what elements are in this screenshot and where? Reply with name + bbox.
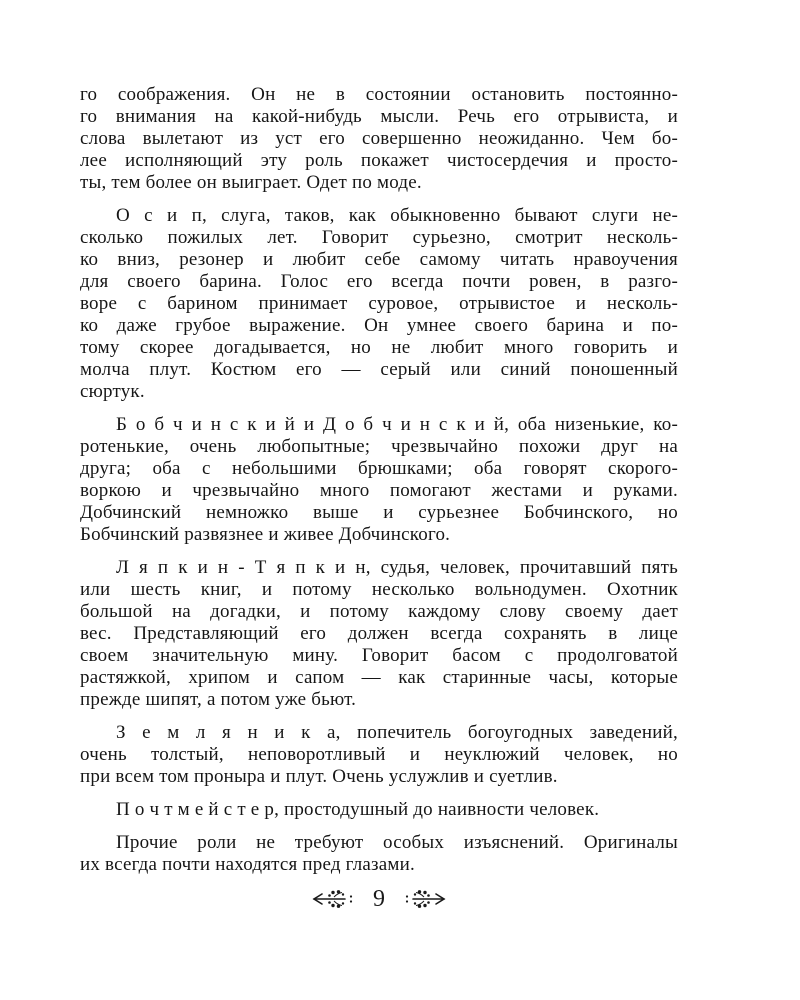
text-line: Бобчинский развязнее и живее Добчинского… [80, 524, 678, 546]
text-line: лее исполняющий эту роль покажет чистосе… [80, 150, 678, 172]
floral-arrow-right-icon [403, 888, 449, 910]
floral-arrow-left-icon [309, 888, 355, 910]
text-line: при всем том проныра и плут. Очень услуж… [80, 766, 678, 788]
text-line: их всегда почти находятся пред глазами. [80, 854, 678, 876]
text-line: Прочие роли не требуют особых изъяснений… [80, 832, 678, 854]
page-number: 9 [373, 884, 385, 914]
text-line: ротенькие, очень любопытные; чрезвычайно… [80, 436, 678, 458]
text-line: Б о б ч и н с к и й и Д о б ч и н с к и … [80, 414, 678, 436]
text-line: сюртук. [80, 381, 678, 403]
text-line: растяжкой, хрипом и сапом — как старинны… [80, 667, 678, 689]
text-line: го внимания на какой-нибудь мысли. Речь … [80, 106, 678, 128]
text-line: П о ч т м е й с т е р, простодушный до н… [80, 799, 678, 821]
text-line: Добчинский немножко выше и сурьезнее Боб… [80, 502, 678, 524]
text-line: своем значительную мину. Говорит басом с… [80, 645, 678, 667]
text-line: го соображения. Он не в состоянии остано… [80, 84, 678, 106]
text-line: О с и п, слуга, таков, как обыкновенно б… [80, 205, 678, 227]
text-line: сколько пожилых лет. Говорит сурьезно, с… [80, 227, 678, 249]
text-line: ко даже грубое выражение. Он умнее своег… [80, 315, 678, 337]
text-line: большой на догадки, и потому каждому сло… [80, 601, 678, 623]
text-line: очень толстый, неповоротливый и неуклюжи… [80, 744, 678, 766]
text-line: прежде шипят, а потом уже бьют. [80, 689, 678, 711]
page-footer: 9 [80, 884, 678, 914]
book-page: го соображения. Он не в состоянии остано… [0, 0, 800, 1000]
text-line: З е м л я н и к а, попечитель богоугодны… [80, 722, 678, 744]
text-block: го соображения. Он не в состоянии остано… [80, 84, 678, 876]
text-line: молча плут. Костюм его — серый или синий… [80, 359, 678, 381]
text-line: или шесть книг, и потому несколько вольн… [80, 579, 678, 601]
text-line: слова вылетают из уст его совершенно нео… [80, 128, 678, 150]
text-line: вес. Представляющий его должен всегда со… [80, 623, 678, 645]
text-line: друга; оба с небольшими брюшками; оба го… [80, 458, 678, 480]
text-line: воркою и чрезвычайно много помогают жест… [80, 480, 678, 502]
text-line: Л я п к и н - Т я п к и н, судья, челове… [80, 557, 678, 579]
text-line: для своего барина. Голос его всегда почт… [80, 271, 678, 293]
text-line: воре с барином принимает суровое, отрыви… [80, 293, 678, 315]
text-line: тому скорее догадывается, но не любит мн… [80, 337, 678, 359]
text-line: ко вниз, резонер и любит себе самому чит… [80, 249, 678, 271]
text-line: ты, тем более он выиграет. Одет по моде. [80, 172, 678, 194]
